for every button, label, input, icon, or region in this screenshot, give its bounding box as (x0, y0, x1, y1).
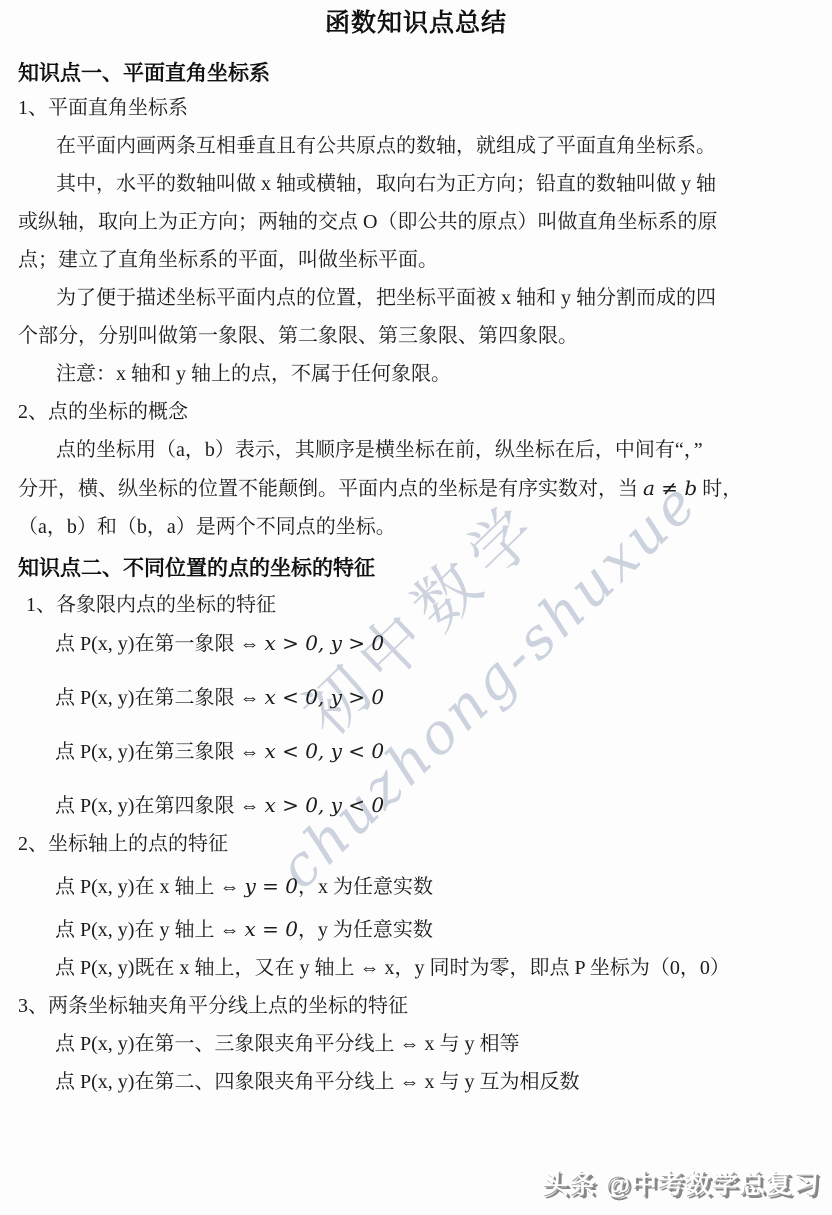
text-run: 其中，水平的数轴叫做 x 轴或横轴，取向右为正方向；铅直的数轴叫做 y 轴 (56, 173, 716, 195)
text-line: 点 P(x, y)在第二、四象限夹角平分线上 ⇔ x 与 y 互为相反数 (18, 1063, 814, 1101)
text-line: 点 P(x, y)在第四象限 ⇔ x > 0, y < 0 (18, 786, 814, 825)
text-line: 3、两条坐标轴夹角平分线上点的坐标的特征 (18, 987, 814, 1025)
text-run: 知识点二、不同位置的点的坐标的特征 (18, 557, 375, 580)
text-run: 分开，横、纵坐标的位置不能颠倒。平面内点的坐标是有序实数对，当 (18, 478, 643, 500)
text-line: 点的坐标用（a，b）表示，其顺序是横坐标在前，纵坐标在后，中间有“，” (18, 431, 814, 469)
text-line: 点 P(x, y)在第二象限 ⇔ x < 0, y > 0 (18, 678, 814, 717)
text-line: 1、各象限内点的坐标的特征 (18, 586, 814, 624)
text-line: 点 P(x, y)在第一象限 ⇔ x > 0, y > 0 (18, 624, 814, 663)
text-run: 为了便于描述坐标平面内点的位置，把坐标平面被 x 轴和 y 轴分割而成的四 (56, 287, 716, 309)
text-run: 或纵轴，取向上为正方向；两轴的交点 O（即公共的原点）叫做直角坐标系的原 (18, 211, 717, 233)
text-run: 知识点一、平面直角坐标系 (18, 62, 270, 85)
math-run: x = 0 (244, 917, 297, 941)
text-line: （a，b）和（b，a）是两个不同点的坐标。 (18, 508, 814, 546)
text-run: 时， (697, 478, 742, 500)
text-run: 注意：x 轴和 y 轴上的点，不属于任何象限。 (56, 363, 451, 385)
text-run: 3、两条坐标轴夹角平分线上点的坐标的特征 (18, 995, 408, 1017)
text-run: 1、平面直角坐标系 (18, 97, 188, 119)
text-run: （a，b）和（b，a）是两个不同点的坐标。 (18, 516, 396, 538)
text-line: 1、平面直角坐标系 (18, 89, 814, 127)
text-run: 1、各象限内点的坐标的特征 (26, 594, 276, 616)
text-run: ，y 为任意实数 (298, 919, 433, 941)
math-run: a ≠ b (643, 476, 697, 500)
text-run: 点 P(x, y)在 y 轴上 ⇔ (55, 919, 244, 941)
text-run: 点 P(x, y)既在 x 轴上，又在 y 轴上 ⇔ x，y 同时为零，即点 P… (55, 957, 730, 979)
text-line: 2、点的坐标的概念 (18, 393, 814, 431)
text-run: 点 P(x, y)在第一、三象限夹角平分线上 ⇔ x 与 y 相等 (55, 1033, 519, 1055)
text-line: 为了便于描述坐标平面内点的位置，把坐标平面被 x 轴和 y 轴分割而成的四 (18, 279, 814, 317)
text-run: 点 P(x, y)在第一象限 ⇔ (55, 633, 264, 655)
text-run: 点 P(x, y)在第四象限 ⇔ (55, 795, 264, 817)
text-line: 点 P(x, y)在第一、三象限夹角平分线上 ⇔ x 与 y 相等 (18, 1025, 814, 1063)
math-run: x > 0, y < 0 (264, 793, 384, 817)
math-run: y = 0 (244, 874, 298, 898)
text-line: 个部分，分别叫做第一象限、第二象限、第三象限、第四象限。 (18, 317, 814, 355)
text-run: 点的坐标用（a，b）表示，其顺序是横坐标在前，纵坐标在后，中间有“，” (56, 439, 703, 461)
text-line: 2、坐标轴上的点的特征 (18, 825, 814, 863)
text-run: 点；建立了直角坐标系的平面，叫做坐标平面。 (18, 249, 438, 271)
text-line: 在平面内画两条互相垂直且有公共原点的数轴，就组成了平面直角坐标系。 (18, 127, 814, 165)
text-line: 或纵轴，取向上为正方向；两轴的交点 O（即公共的原点）叫做直角坐标系的原 (18, 203, 814, 241)
text-run: 个部分，分别叫做第一象限、第二象限、第三象限、第四象限。 (18, 325, 578, 347)
math-run: x > 0, y > 0 (264, 631, 384, 655)
toutiao-watermark: 头条 @中考数学总复习 (542, 1164, 820, 1201)
text-line: 分开，横、纵坐标的位置不能颠倒。平面内点的坐标是有序实数对，当 a ≠ b 时， (18, 469, 814, 508)
text-line: 知识点一、平面直角坐标系 (18, 59, 814, 89)
text-run: 点 P(x, y)在 x 轴上 ⇔ (55, 876, 244, 898)
text-line: 知识点二、不同位置的点的坐标的特征 (18, 554, 814, 584)
math-run: x < 0, y < 0 (264, 739, 384, 763)
text-run: ，x 为任意实数 (298, 876, 433, 898)
text-run: 2、坐标轴上的点的特征 (18, 833, 228, 855)
text-line: 其中，水平的数轴叫做 x 轴或横轴，取向右为正方向；铅直的数轴叫做 y 轴 (18, 165, 814, 203)
text-run: 点 P(x, y)在第三象限 ⇔ (55, 741, 264, 763)
document-body: 知识点一、平面直角坐标系1、平面直角坐标系在平面内画两条互相垂直且有公共原点的数… (0, 59, 832, 1101)
text-line: 点；建立了直角坐标系的平面，叫做坐标平面。 (18, 241, 814, 279)
math-run: x < 0, y > 0 (264, 685, 384, 709)
text-run: 在平面内画两条互相垂直且有公共原点的数轴，就组成了平面直角坐标系。 (56, 135, 716, 157)
text-line: 点 P(x, y)在第三象限 ⇔ x < 0, y < 0 (18, 732, 814, 771)
text-run: 点 P(x, y)在第二象限 ⇔ (55, 687, 264, 709)
text-line: 注意：x 轴和 y 轴上的点，不属于任何象限。 (18, 355, 814, 393)
text-line: 点 P(x, y)既在 x 轴上，又在 y 轴上 ⇔ x，y 同时为零，即点 P… (18, 949, 814, 987)
document-page: 初中数学 chuzhong-shuxue 函数知识点总结 知识点一、平面直角坐标… (0, 0, 832, 1215)
text-run: 点 P(x, y)在第二、四象限夹角平分线上 ⇔ x 与 y 互为相反数 (55, 1071, 579, 1093)
text-line: 点 P(x, y)在 x 轴上 ⇔ y = 0，x 为任意实数 (18, 867, 814, 906)
page-title: 函数知识点总结 (0, 7, 832, 39)
text-run: 2、点的坐标的概念 (18, 401, 188, 423)
text-line: 点 P(x, y)在 y 轴上 ⇔ x = 0，y 为任意实数 (18, 910, 814, 949)
